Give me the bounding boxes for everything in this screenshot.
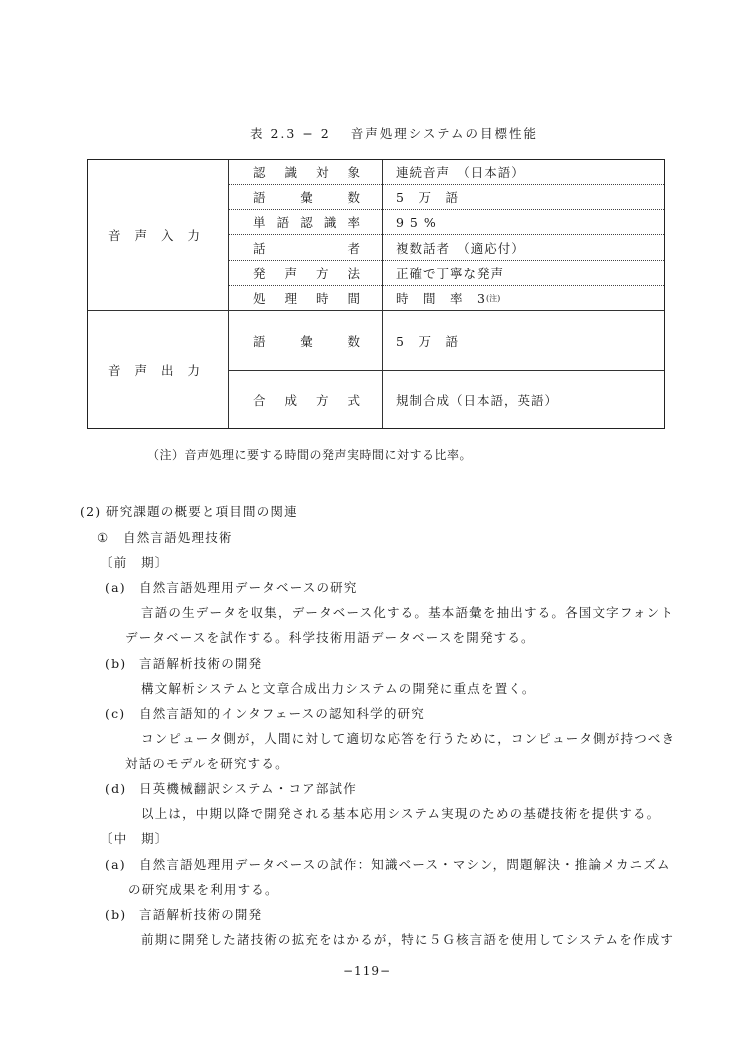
section-heading: (2)研究課題の概要と項目間の関連 <box>80 502 298 520</box>
item-heading: (c)自然言語知的インタフェースの認知科学的研究 <box>105 704 425 722</box>
group-label-audio-output: 音声出力 <box>88 311 228 428</box>
row-value-vocabulary: 5 万 語 <box>383 185 663 209</box>
row-value-processing-time: 時 間 率 3(注) <box>383 286 663 310</box>
row-label-output-vocabulary: 語彙数 <box>229 311 382 370</box>
row-label-recognition-target: 認識対象 <box>229 160 382 184</box>
row-label-utterance-method: 発声方法 <box>229 261 382 285</box>
paragraph-line: コンピュータ側が，人間に対して適切な応答を行うために，コンピュータ側が持つべき <box>141 729 675 747</box>
page-number: −119− <box>343 964 391 978</box>
row-label-synthesis-method: 合成方式 <box>229 371 382 428</box>
phase-heading-early: 〔前 期〕 <box>100 553 169 571</box>
paragraph-line: の研究成果を利用する。 <box>128 880 279 898</box>
item-heading: (a)自然言語処理用データベースの試作：知識ベース・マシン，問題解決・推論メカニ… <box>105 855 671 873</box>
row-value-recognition-target: 連続音声 （日本語） <box>383 160 663 184</box>
item-heading: (a)自然言語処理用データベースの研究 <box>105 578 358 596</box>
paragraph-line: データベースを試作する。科学技術用語データベースを開発する。 <box>125 628 535 646</box>
performance-table: 音声入力 音声出力 認識対象 連続音声 （日本語） 語彙数 5 万 語 単語認識… <box>87 159 665 429</box>
item-heading: (b)言語解析技術の開発 <box>105 654 262 672</box>
row-label-speaker: 話者 <box>229 235 382 260</box>
table-title: 音声処理システムの目標性能 <box>351 126 538 141</box>
paragraph-line: 言語の生データを収集，データベース化する。基本語彙を抽出する。各国文字フォント <box>141 603 674 621</box>
paragraph-line: 対話のモデルを研究する。 <box>125 754 289 772</box>
item-heading: (b)言語解析技術の開発 <box>105 905 262 923</box>
row-value-output-vocabulary: 5 万 語 <box>383 311 663 370</box>
phase-heading-middle: 〔中 期〕 <box>100 829 169 847</box>
paragraph-line: 以上は，中期以降で開発される基本応用システム実現のための基礎技術を提供する。 <box>141 804 660 822</box>
table-caption: 表 2.3 − 2 音声処理システムの目標性能 <box>250 124 538 142</box>
paragraph-line: 前期に開発した諸技術の拡充をはかるが，特に５Ｇ核言語を使用してシステムを作成す <box>141 930 674 948</box>
row-value-synthesis-method: 規制合成（日本語，英語） <box>383 371 663 428</box>
row-value-utterance-method: 正確で丁寧な発声 <box>383 261 663 285</box>
group-label-audio-input: 音声入力 <box>88 160 228 310</box>
table-number: 表 2.3 − 2 <box>250 126 331 141</box>
footnote-marker: (注) <box>486 293 500 304</box>
row-value-speaker: 複数話者 （適応付） <box>383 235 663 260</box>
table-footnote: （注）音声処理に要する時間の発声実時間に対する比率。 <box>147 446 472 463</box>
row-label-processing-time: 処理時間 <box>229 286 382 310</box>
row-label-vocabulary: 語彙数 <box>229 185 382 209</box>
paragraph-line: 構文解析システムと文章合成出力システムの開発に重点を置く。 <box>141 679 536 697</box>
row-label-word-recognition-rate: 単語認識率 <box>229 210 382 234</box>
row-value-word-recognition-rate: 9 5 % <box>383 210 663 234</box>
item-heading: (d)日英機械翻訳システム・コア部試作 <box>105 779 357 797</box>
subsection-heading: ①自然言語処理技術 <box>97 528 233 546</box>
